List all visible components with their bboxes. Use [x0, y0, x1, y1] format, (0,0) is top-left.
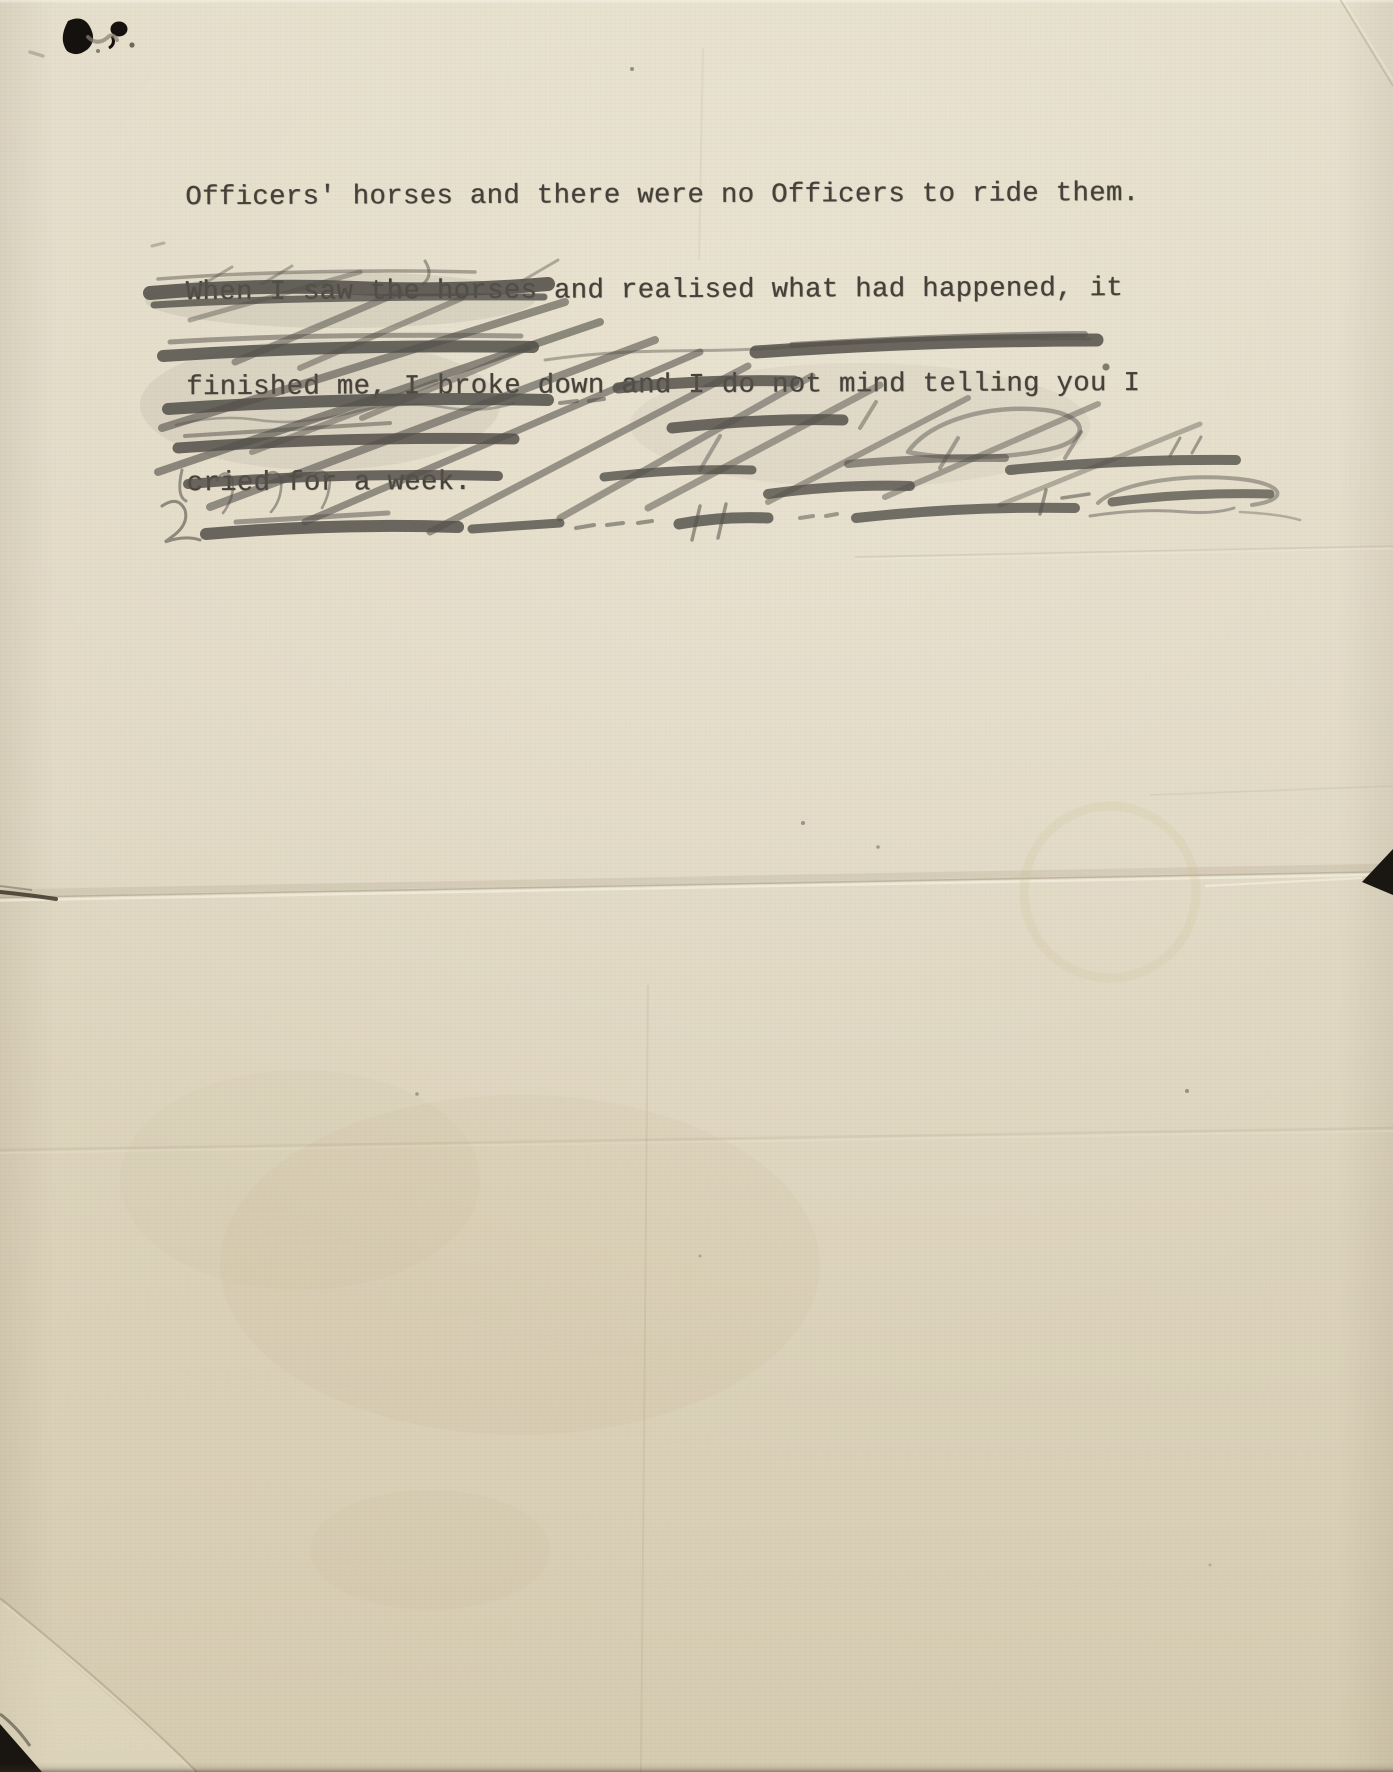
scribbled-out-handwriting — [140, 260, 1300, 542]
scanned-document: Officers' horses and there were no Offic… — [0, 0, 1393, 1772]
ink-blots — [30, 19, 135, 56]
fold-creases — [0, 0, 1393, 1772]
paper-stains — [120, 806, 1196, 1610]
scan-artifacts — [0, 0, 1393, 1772]
paper-bottom-edge-shadow — [0, 1763, 1393, 1772]
